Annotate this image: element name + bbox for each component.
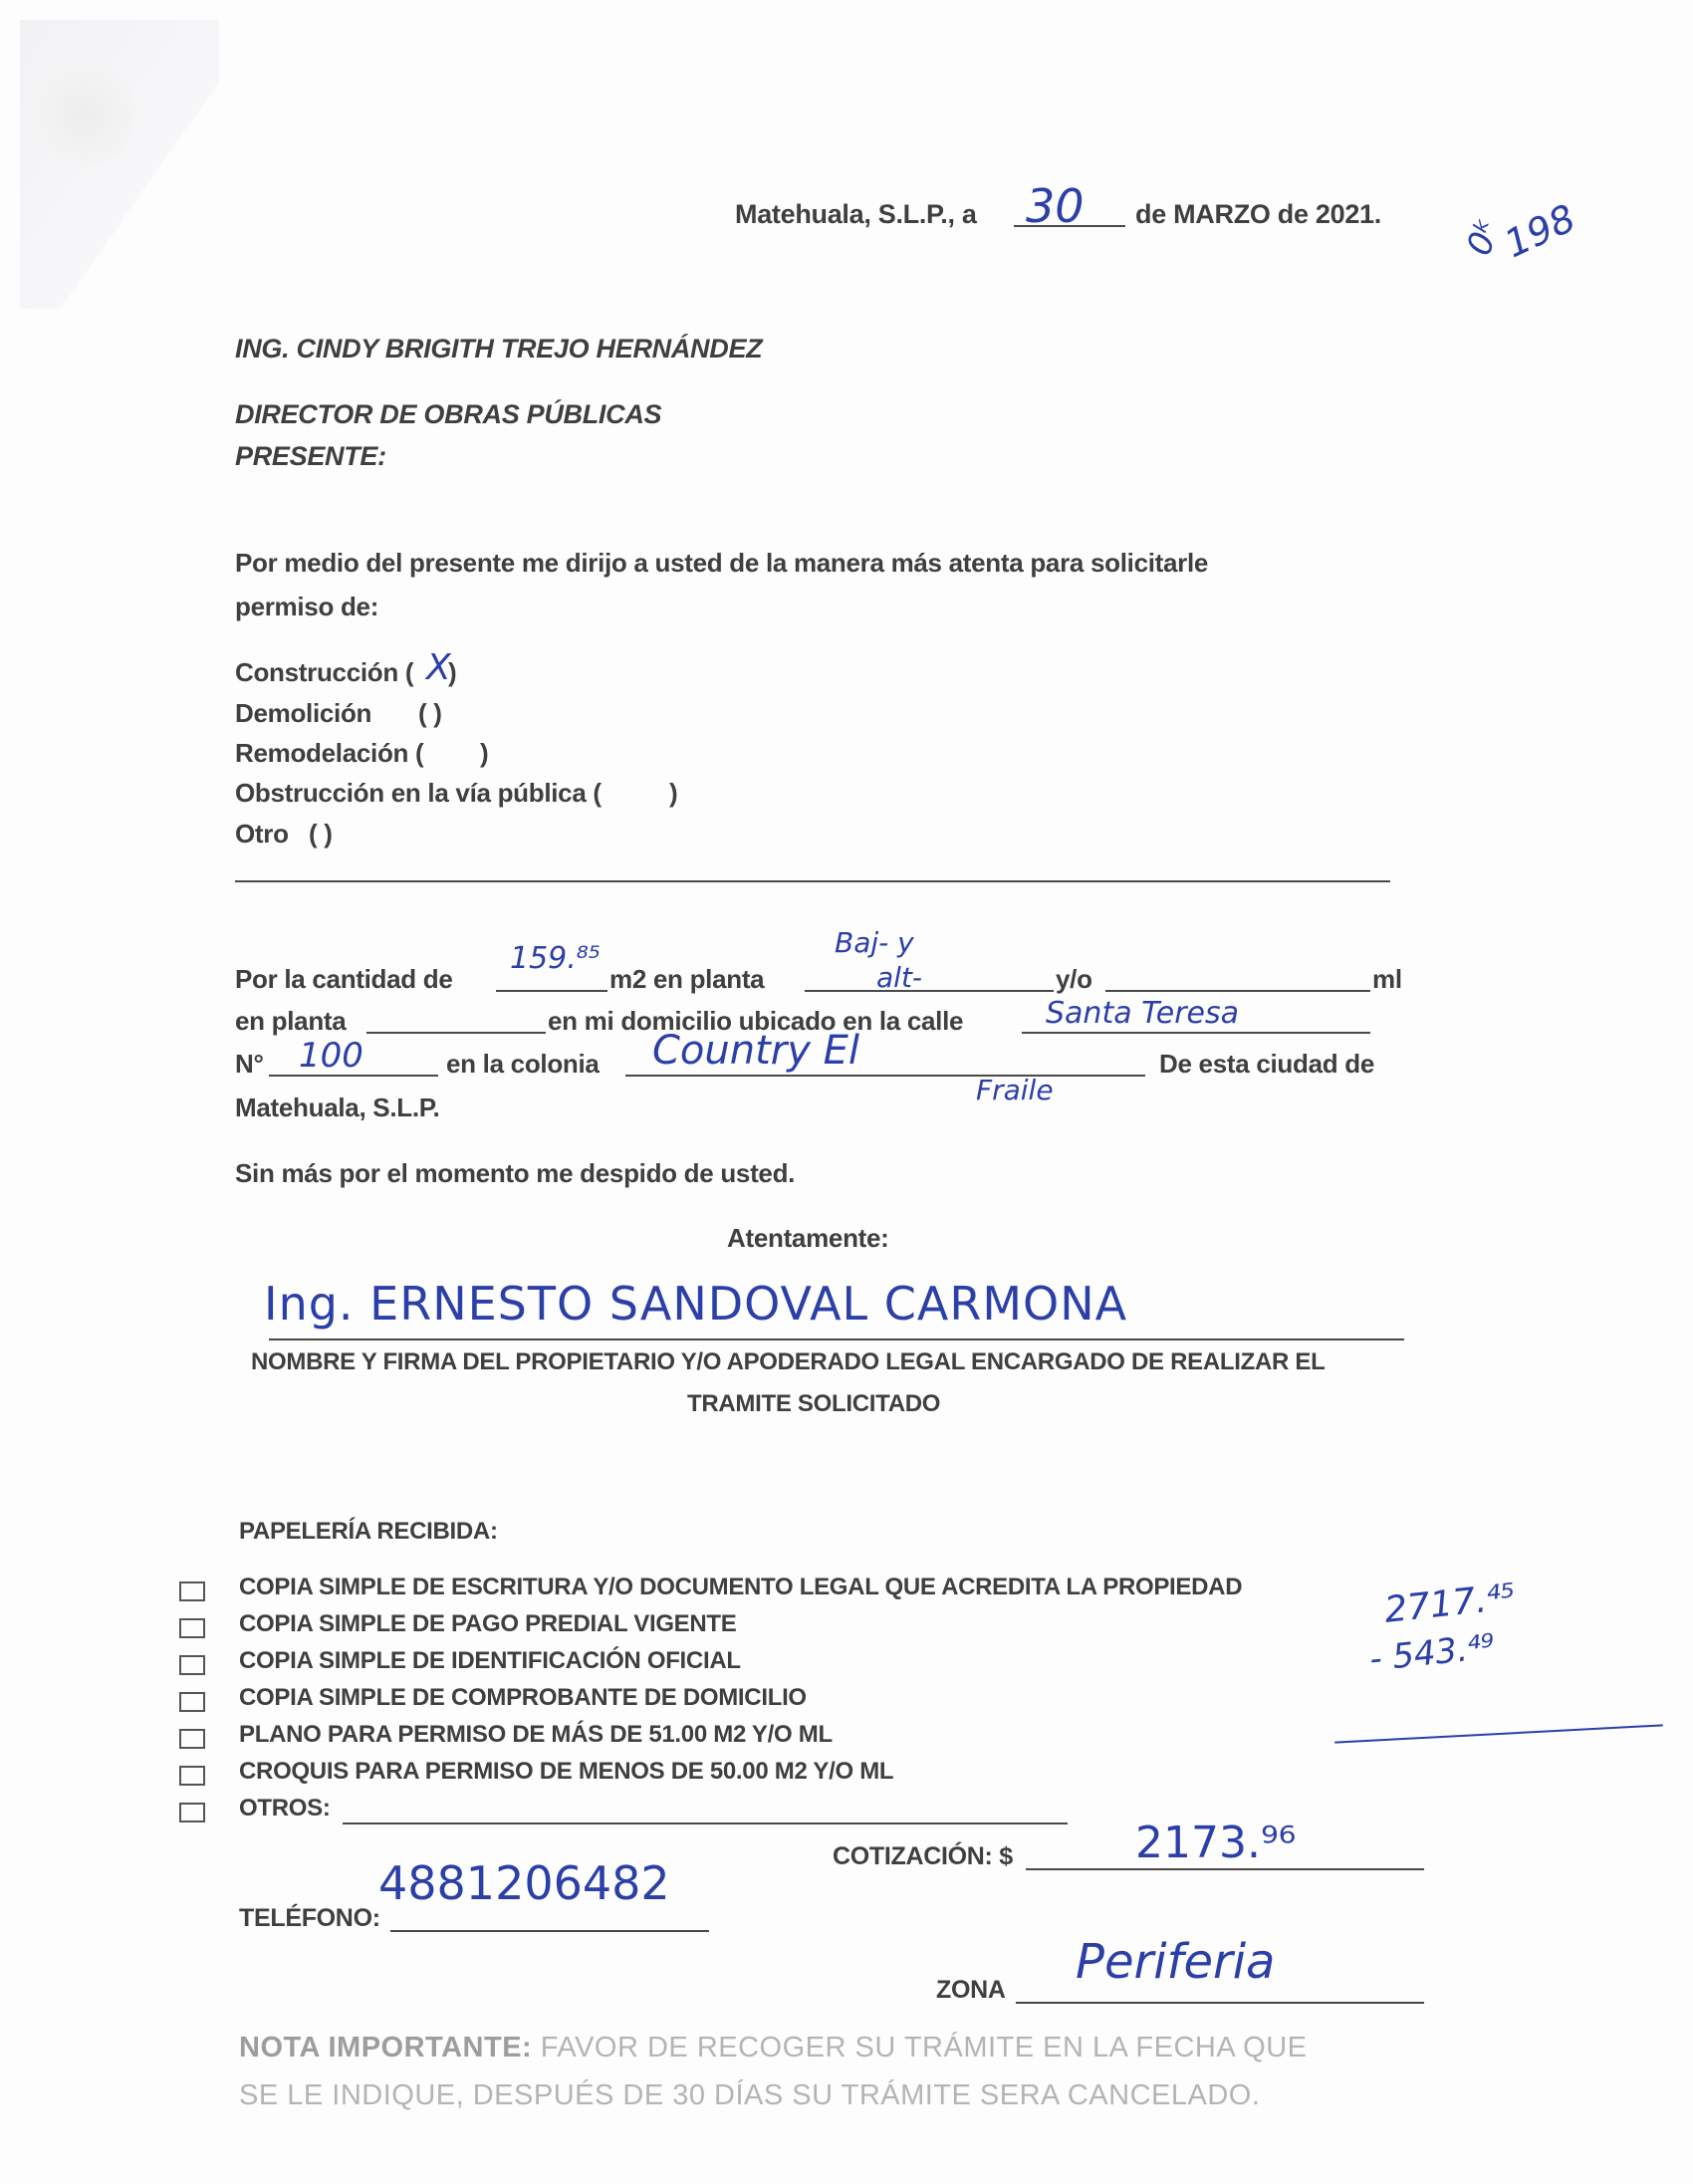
telefono-field-line [390,1930,709,1932]
en-planta-field-line[interactable] [366,1032,546,1034]
colonia-value-2[interactable]: Fraile [976,1074,1054,1106]
planta-value-1[interactable]: Baj- y [835,926,914,959]
checkbox[interactable] [179,1803,205,1822]
cotizacion-field-line [1026,1868,1424,1870]
signature-caption-1: NOMBRE Y FIRMA DEL PROPIETARIO Y/O APODE… [251,1348,1325,1376]
recipient-name: ING. CINDY BRIGITH TREJO HERNÁNDEZ [235,334,762,364]
date-place-label: Matehuala, S.L.P., a [735,199,977,230]
numero-value[interactable]: 100 [299,1036,363,1076]
faded-seal-stamp [30,60,139,169]
margin-note-2: 198 [1498,196,1581,267]
cantidad-label: Por la cantidad de [235,964,453,995]
nota-line-1: NOTA IMPORTANTE: FAVOR DE RECOGER SU TRÁ… [239,2032,1308,2064]
otros-field-line[interactable] [343,1822,1068,1824]
ciudad-value: Matehuala, S.L.P. [235,1092,439,1123]
checkbox[interactable] [179,1692,205,1712]
calc-amount-2: - 543.⁴⁹ [1367,1627,1497,1680]
telefono-value[interactable]: 4881206482 [378,1856,670,1910]
checked-mark-icon: X [426,647,451,688]
nota-line-2: SE LE INDIQUE, DESPUÉS DE 30 DÍAS SU TRÁ… [239,2079,1260,2112]
en-planta-label: en planta [235,1006,346,1037]
otro-description-line[interactable] [235,880,1390,882]
recipient-title: DIRECTOR DE OBRAS PÚBLICAS [235,399,661,430]
calc-sum-line [1334,1724,1663,1743]
checkbox[interactable] [179,1766,205,1786]
colonia-label: en la colonia [446,1049,600,1080]
day-value[interactable]: 30 [1026,179,1085,233]
page-fold-shadow [20,20,219,309]
planta-field-line [805,990,1054,992]
planta-value-2[interactable]: alt- [876,961,922,994]
colonia-field-line [625,1075,1145,1077]
colonia-value-1[interactable]: Country El [652,1028,859,1074]
telefono-label: TELÉFONO: [239,1904,380,1933]
signature-caption-2: TRAMITE SOLICITADO [687,1390,940,1418]
papeleria-title: PAPELERÍA RECIBIDA: [239,1518,498,1546]
m2-label: m2 en planta [609,964,764,995]
cotizacion-label: COTIZACIÓN: $ [833,1842,1013,1871]
margin-note-1: 0ᵏ [1459,213,1509,261]
zona-label: ZONA [936,1976,1006,2005]
nota-label: NOTA IMPORTANTE: [239,2032,532,2063]
yo-label: y/o [1056,964,1092,995]
signature-line [269,1338,1404,1340]
signature[interactable]: Ing. ERNESTO SANDOVAL CARMONA [264,1277,1127,1331]
ciudad-label: De esta ciudad de [1159,1049,1374,1080]
checkbox[interactable] [179,1618,205,1638]
zona-value[interactable]: Periferia [1076,1934,1275,1990]
ml-field-line[interactable] [1105,990,1370,992]
cotizacion-value[interactable]: 2173.⁹⁶ [1135,1818,1296,1868]
cantidad-value[interactable]: 159.⁸⁵ [510,941,601,976]
zona-field-line [1016,2002,1424,2004]
checkbox[interactable] [179,1729,205,1749]
intro-line-2: permiso de: [235,592,378,622]
calle-field-line [1022,1032,1370,1034]
calc-amount-1: 2717.⁴⁵ [1382,1577,1518,1631]
ml-label: ml [1372,964,1402,995]
intro-line-1: Por medio del presente me dirijo a usted… [235,548,1208,579]
document-page: Matehuala, S.L.P., a 30 de MARZO de 2021… [0,0,1693,2184]
atentamente-text: Atentamente: [727,1223,889,1254]
checkbox[interactable] [179,1581,205,1601]
numero-label: N° [235,1049,264,1080]
despedida-text: Sin más por el momento me despido de ust… [235,1158,795,1189]
checkbox[interactable] [179,1655,205,1675]
date-month-year: de MARZO de 2021. [1135,199,1381,230]
cantidad-field-line [496,990,607,992]
recipient-presente: PRESENTE: [235,441,386,472]
calle-value[interactable]: Santa Teresa [1046,996,1239,1031]
